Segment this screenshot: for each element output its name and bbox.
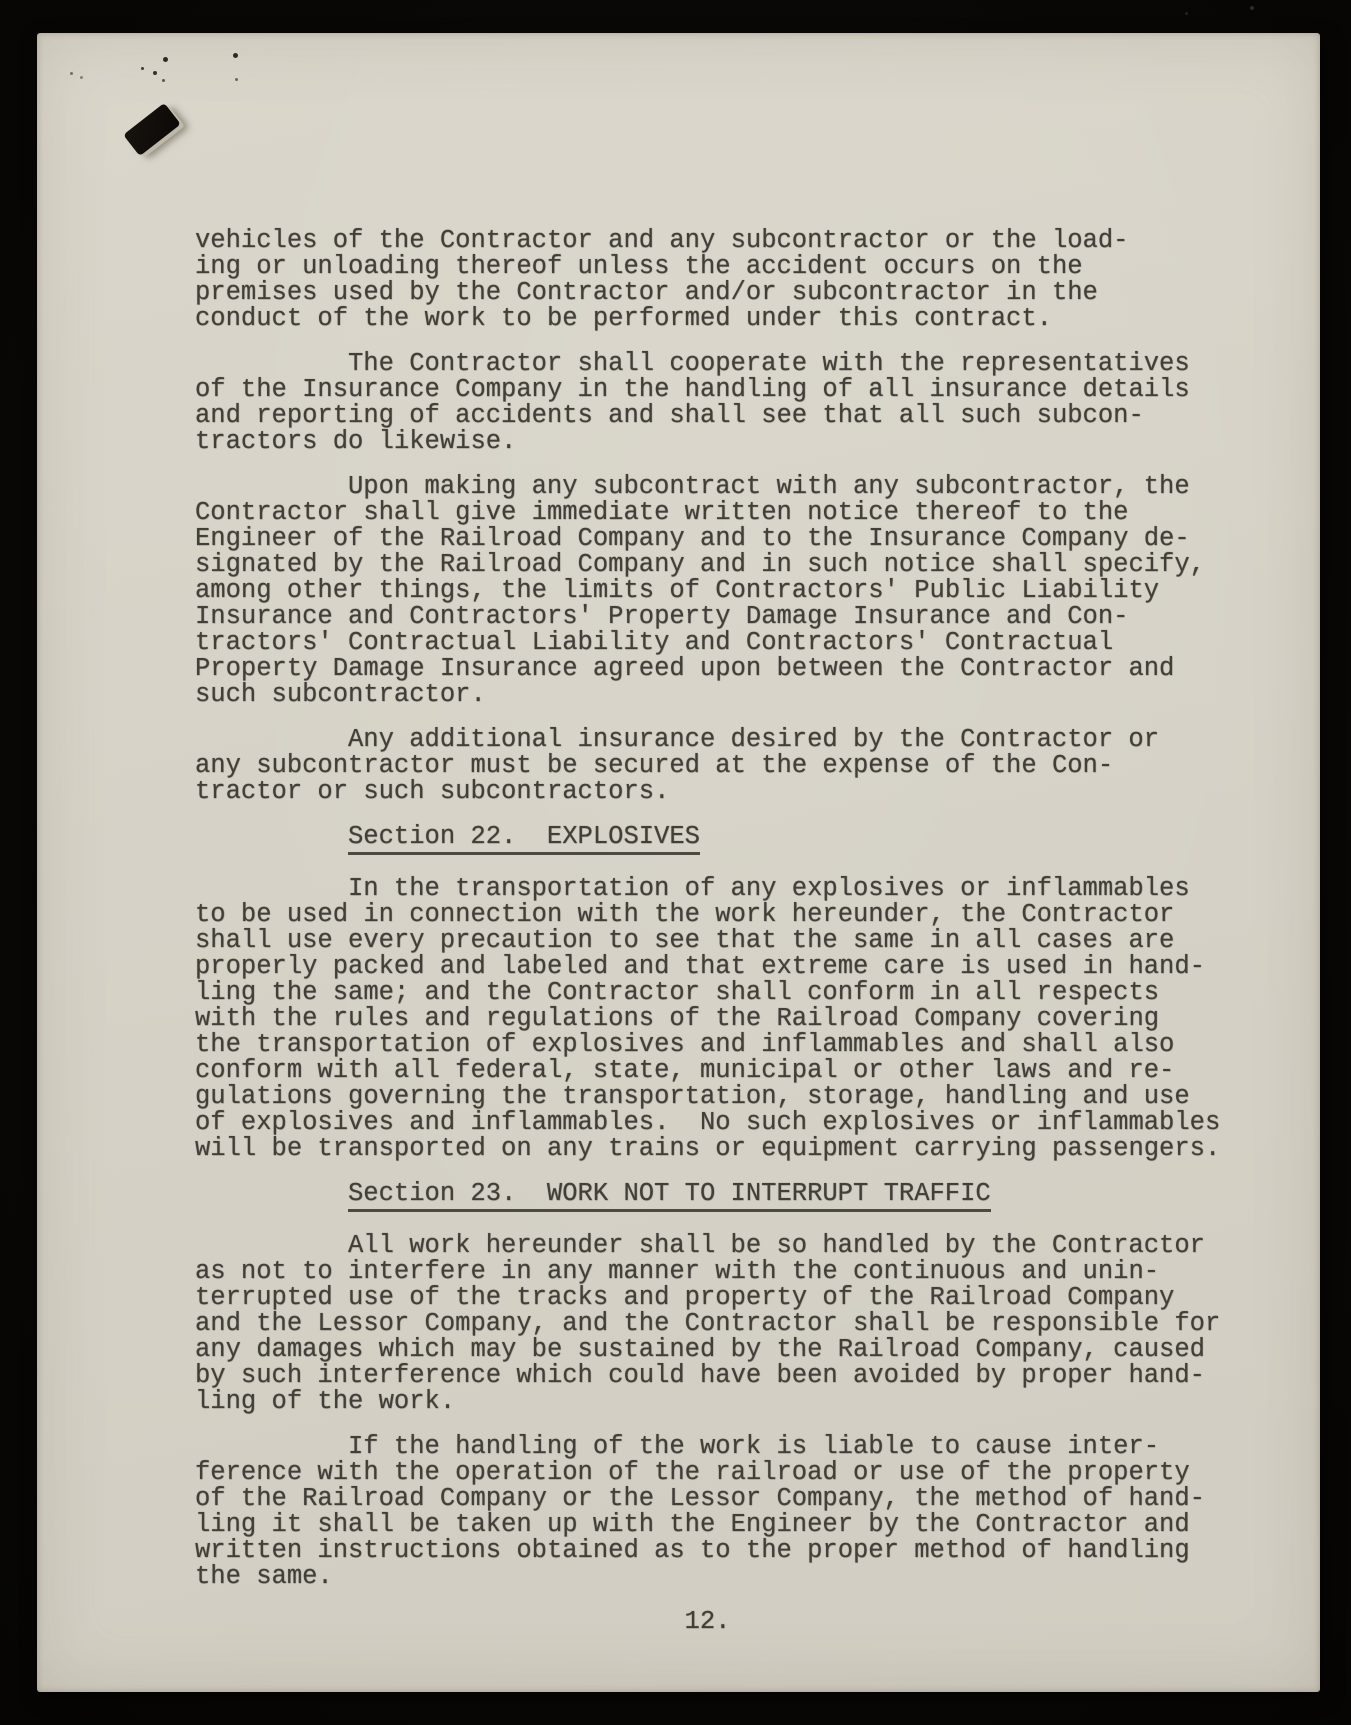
text-line: Insurance and Contractors' Property Dama… bbox=[195, 604, 1260, 630]
text-line: such subcontractor. bbox=[195, 682, 1260, 708]
scan-background: vehicles of the Contractor and any subco… bbox=[0, 0, 1351, 1725]
paragraph: All work hereunder shall be so handled b… bbox=[195, 1233, 1260, 1415]
text-line: ling of the work. bbox=[195, 1389, 1260, 1415]
section-heading-text: Section 22. EXPLOSIVES bbox=[348, 824, 700, 855]
text-line: If the handling of the work is liable to… bbox=[195, 1434, 1260, 1460]
text-line: conduct of the work to be performed unde… bbox=[195, 306, 1260, 332]
section-heading-text: Section 23. WORK NOT TO INTERRUPT TRAFFI… bbox=[348, 1181, 991, 1212]
ink-speck bbox=[153, 71, 157, 75]
paragraph: If the handling of the work is liable to… bbox=[195, 1434, 1260, 1590]
ink-speck bbox=[162, 79, 165, 82]
text-line: and the Lessor Company, and the Contract… bbox=[195, 1311, 1260, 1337]
text-line: of explosives and inflammables. No such … bbox=[195, 1110, 1260, 1136]
text-line: by such interference which could have be… bbox=[195, 1363, 1260, 1389]
text-line: with the rules and regulations of the Ra… bbox=[195, 1006, 1260, 1032]
paragraph: Upon making any subcontract with any sub… bbox=[195, 474, 1260, 708]
ink-speck bbox=[80, 76, 83, 79]
paragraph: Any additional insurance desired by the … bbox=[195, 727, 1260, 805]
text-line: terrupted use of the tracks and property… bbox=[195, 1285, 1260, 1311]
text-line: In the transportation of any explosives … bbox=[195, 876, 1260, 902]
text-line: tractor or such subcontractors. bbox=[195, 779, 1260, 805]
text-line: All work hereunder shall be so handled b… bbox=[195, 1233, 1260, 1259]
text-line: as not to interfere in any manner with t… bbox=[195, 1259, 1260, 1285]
paragraph: In the transportation of any explosives … bbox=[195, 876, 1260, 1162]
section-heading: Section 22. EXPLOSIVES bbox=[348, 824, 1260, 850]
text-line: the transportation of explosives and inf… bbox=[195, 1032, 1260, 1058]
text-line: Engineer of the Railroad Company and to … bbox=[195, 526, 1260, 552]
text-line: properly packed and labeled and that ext… bbox=[195, 954, 1260, 980]
text-line: of the Insurance Company in the handling… bbox=[195, 377, 1260, 403]
text-line: will be transported on any trains or equ… bbox=[195, 1136, 1260, 1162]
text-line: Upon making any subcontract with any sub… bbox=[195, 474, 1260, 500]
text-line: signated by the Railroad Company and in … bbox=[195, 552, 1260, 578]
text-line: ference with the operation of the railro… bbox=[195, 1460, 1260, 1486]
text-line: written instructions obtained as to the … bbox=[195, 1538, 1260, 1564]
ink-speck bbox=[70, 72, 73, 75]
paragraph: vehicles of the Contractor and any subco… bbox=[195, 228, 1260, 332]
text-line: to be used in connection with the work h… bbox=[195, 902, 1260, 928]
staple-tear-hole bbox=[123, 103, 181, 156]
text-line: any damages which may be sustained by th… bbox=[195, 1337, 1260, 1363]
text-line: of the Railroad Company or the Lessor Co… bbox=[195, 1486, 1260, 1512]
text-line: the same. bbox=[195, 1564, 1260, 1590]
text-line: ing or unloading thereof unless the acci… bbox=[195, 254, 1260, 280]
text-line: vehicles of the Contractor and any subco… bbox=[195, 228, 1260, 254]
paragraph: The Contractor shall cooperate with the … bbox=[195, 351, 1260, 455]
ink-speck bbox=[163, 57, 168, 62]
text-line: among other things, the limits of Contra… bbox=[195, 578, 1260, 604]
ink-speck bbox=[141, 67, 144, 70]
text-line: and reporting of accidents and shall see… bbox=[195, 403, 1260, 429]
text-line: ling the same; and the Contractor shall … bbox=[195, 980, 1260, 1006]
text-line: The Contractor shall cooperate with the … bbox=[195, 351, 1260, 377]
text-line: Property Damage Insurance agreed upon be… bbox=[195, 656, 1260, 682]
text-line: Any additional insurance desired by the … bbox=[195, 727, 1260, 753]
document-page: vehicles of the Contractor and any subco… bbox=[37, 33, 1320, 1692]
dust-speck bbox=[1250, 6, 1254, 10]
document-text: vehicles of the Contractor and any subco… bbox=[195, 228, 1260, 1635]
text-line: conform with all federal, state, municip… bbox=[195, 1058, 1260, 1084]
text-line: premises used by the Contractor and/or s… bbox=[195, 280, 1260, 306]
text-line: tractors do likewise. bbox=[195, 429, 1260, 455]
ink-speck bbox=[233, 53, 238, 58]
text-line: any subcontractor must be secured at the… bbox=[195, 753, 1260, 779]
text-line: ling it shall be taken up with the Engin… bbox=[195, 1512, 1260, 1538]
page-number: 12. bbox=[195, 1609, 1220, 1635]
text-line: shall use every precaution to see that t… bbox=[195, 928, 1260, 954]
section-heading: Section 23. WORK NOT TO INTERRUPT TRAFFI… bbox=[348, 1181, 1260, 1207]
text-line: tractors' Contractual Liability and Cont… bbox=[195, 630, 1260, 656]
text-line: Contractor shall give immediate written … bbox=[195, 500, 1260, 526]
ink-speck bbox=[235, 78, 238, 81]
dust-speck bbox=[1185, 12, 1188, 15]
text-blocks: vehicles of the Contractor and any subco… bbox=[195, 228, 1260, 1590]
text-line: gulations governing the transportation, … bbox=[195, 1084, 1260, 1110]
